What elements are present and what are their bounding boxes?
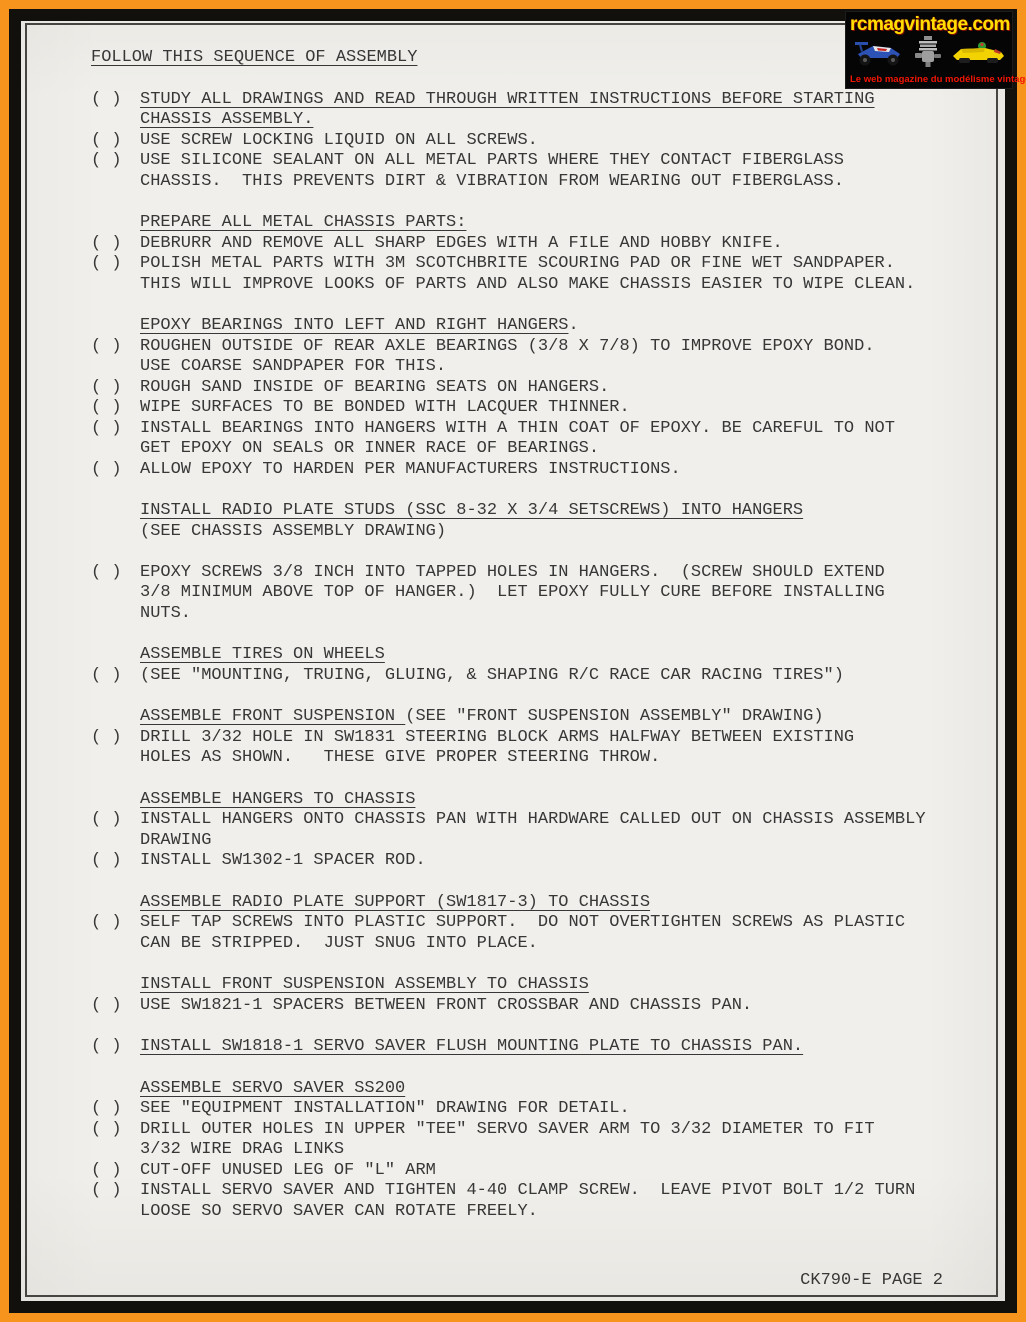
- heading-segment: .: [568, 316, 578, 335]
- item-line: CHASSIS. THIS PREVENTS DIRT & VIBRATION …: [140, 172, 1005, 193]
- scanned-page: FOLLOW THIS SEQUENCE OF ASSEMBLY ( )STUD…: [0, 0, 1026, 1322]
- item-line: CHASSIS ASSEMBLY.: [140, 110, 1005, 131]
- item-line: DRILL 3/32 HOLE IN SW1831 STEERING BLOCK…: [140, 728, 1005, 749]
- heading-segment: PREPARE ALL METAL CHASSIS PARTS:: [140, 213, 466, 232]
- checkbox-marker: ( ): [91, 131, 140, 152]
- heading-segment: INSTALL FRONT SUSPENSION ASSEMBLY TO CHA…: [140, 975, 589, 994]
- checkbox-marker: ( ): [91, 398, 140, 419]
- checklist-item: ( )WIPE SURFACES TO BE BONDED WITH LACQU…: [91, 398, 1005, 419]
- item-line: 3/32 WIRE DRAG LINKS: [140, 1140, 1005, 1161]
- heading-segment: ASSEMBLE HANGERS TO CHASSIS: [140, 790, 415, 809]
- heading-segment: ASSEMBLE SERVO SAVER SS200: [140, 1079, 405, 1098]
- section: ASSEMBLE RADIO PLATE SUPPORT (SW1817-3) …: [91, 893, 1005, 955]
- checklist-item: ( )USE SCREW LOCKING LIQUID ON ALL SCREW…: [91, 131, 1005, 152]
- checklist-item: ( )ROUGH SAND INSIDE OF BEARING SEATS ON…: [91, 378, 1005, 399]
- item-line: NUTS.: [140, 604, 1005, 625]
- checklist-item: ( )INSTALL SW1818-1 SERVO SAVER FLUSH MO…: [91, 1037, 1005, 1058]
- item-line: WIPE SURFACES TO BE BONDED WITH LACQUER …: [140, 398, 1005, 419]
- checklist-item: ( )USE SW1821-1 SPACERS BETWEEN FRONT CR…: [91, 996, 1005, 1017]
- logo-title: rcmagvintage.com: [850, 14, 1008, 35]
- heading-segment: INSTALL RADIO PLATE STUDS (SSC 8-32 X 3/…: [140, 501, 803, 520]
- checklist-item: ( )SELF TAP SCREWS INTO PLASTIC SUPPORT.…: [91, 913, 1005, 954]
- sections: ( )STUDY ALL DRAWINGS AND READ THROUGH W…: [91, 90, 1005, 1223]
- checklist-item: ( )ALLOW EPOXY TO HARDEN PER MANUFACTURE…: [91, 460, 1005, 481]
- item-text: INSTALL SW1818-1 SERVO SAVER FLUSH MOUNT…: [140, 1037, 1005, 1058]
- checklist-item: ( )STUDY ALL DRAWINGS AND READ THROUGH W…: [91, 90, 1005, 131]
- checkbox-marker: ( ): [91, 666, 140, 687]
- blank-line: [91, 542, 1005, 563]
- item-line: THIS WILL IMPROVE LOOKS OF PARTS AND ALS…: [140, 275, 1005, 296]
- heading-segment: ASSEMBLE TIRES ON WHEELS: [140, 645, 385, 664]
- checkbox-marker: ( ): [91, 996, 140, 1017]
- item-line: POLISH METAL PARTS WITH 3M SCOTCHBRITE S…: [140, 254, 1005, 275]
- checklist-item: ( )EPOXY SCREWS 3/8 INCH INTO TAPPED HOL…: [91, 563, 1005, 625]
- item-text: USE SCREW LOCKING LIQUID ON ALL SCREWS.: [140, 131, 1005, 152]
- heading-segment: ASSEMBLE RADIO PLATE SUPPORT (SW1817-3) …: [140, 893, 650, 912]
- checkbox-marker: ( ): [91, 419, 140, 440]
- checklist-item: ( )INSTALL SW1302-1 SPACER ROD.: [91, 851, 1005, 872]
- section-subheading: (SEE CHASSIS ASSEMBLY DRAWING): [91, 522, 1005, 543]
- item-line: (SEE "MOUNTING, TRUING, GLUING, & SHAPIN…: [140, 666, 1005, 687]
- section-heading: ASSEMBLE FRONT SUSPENSION (SEE "FRONT SU…: [91, 707, 1005, 728]
- item-text: ROUGH SAND INSIDE OF BEARING SEATS ON HA…: [140, 378, 1005, 399]
- section: ( )STUDY ALL DRAWINGS AND READ THROUGH W…: [91, 90, 1005, 193]
- heading-segment: (SEE "FRONT SUSPENSION ASSEMBLY" DRAWING…: [405, 707, 823, 726]
- section-heading: ASSEMBLE TIRES ON WHEELS: [91, 645, 1005, 666]
- section-heading: INSTALL FRONT SUSPENSION ASSEMBLY TO CHA…: [91, 975, 1005, 996]
- item-text: INSTALL BEARINGS INTO HANGERS WITH A THI…: [140, 419, 1005, 460]
- item-text: SEE "EQUIPMENT INSTALLATION" DRAWING FOR…: [140, 1099, 1005, 1120]
- item-line: USE SW1821-1 SPACERS BETWEEN FRONT CROSS…: [140, 996, 1005, 1017]
- item-line: INSTALL SW1818-1 SERVO SAVER FLUSH MOUNT…: [140, 1037, 1005, 1058]
- rc-car-icon: [951, 39, 1005, 70]
- checkbox-marker: ( ): [91, 254, 140, 275]
- checkbox-marker: ( ): [91, 563, 140, 584]
- item-line: LOOSE SO SERVO SAVER CAN ROTATE FREELY.: [140, 1202, 1005, 1223]
- item-text: USE SILICONE SEALANT ON ALL METAL PARTS …: [140, 151, 1005, 192]
- item-line: CAN BE STRIPPED. JUST SNUG INTO PLACE.: [140, 934, 1005, 955]
- section: ASSEMBLE HANGERS TO CHASSIS( )INSTALL HA…: [91, 790, 1005, 872]
- section-heading: EPOXY BEARINGS INTO LEFT AND RIGHT HANGE…: [91, 316, 1005, 337]
- item-line: GET EPOXY ON SEALS OR INNER RACE OF BEAR…: [140, 439, 1005, 460]
- item-line: HOLES AS SHOWN. THESE GIVE PROPER STEERI…: [140, 748, 1005, 769]
- item-text: DEBRURR AND REMOVE ALL SHARP EDGES WITH …: [140, 234, 1005, 255]
- heading-segment: EPOXY BEARINGS INTO LEFT AND RIGHT HANGE…: [140, 316, 568, 335]
- checklist-item: ( )DRILL OUTER HOLES IN UPPER "TEE" SERV…: [91, 1120, 1005, 1161]
- checklist-item: ( )DRILL 3/32 HOLE IN SW1831 STEERING BL…: [91, 728, 1005, 769]
- checkbox-marker: ( ): [91, 90, 140, 111]
- checklist-item: ( )INSTALL SERVO SAVER AND TIGHTEN 4-40 …: [91, 1181, 1005, 1222]
- rc-buggy-icon: [853, 38, 905, 71]
- item-text: EPOXY SCREWS 3/8 INCH INTO TAPPED HOLES …: [140, 563, 1005, 625]
- checkbox-marker: ( ): [91, 728, 140, 749]
- item-line: ALLOW EPOXY TO HARDEN PER MANUFACTURERS …: [140, 460, 1005, 481]
- item-text: DRILL OUTER HOLES IN UPPER "TEE" SERVO S…: [140, 1120, 1005, 1161]
- item-line: DRAWING: [140, 831, 1005, 852]
- black-border: FOLLOW THIS SEQUENCE OF ASSEMBLY ( )STUD…: [9, 9, 1017, 1313]
- item-line: 3/8 MINIMUM ABOVE TOP OF HANGER.) LET EP…: [140, 583, 1005, 604]
- checkbox-marker: ( ): [91, 1120, 140, 1141]
- rcmagvintage-logo: rcmagvintage.com: [845, 11, 1013, 89]
- section-heading: ASSEMBLE SERVO SAVER SS200: [91, 1079, 1005, 1100]
- item-text: DRILL 3/32 HOLE IN SW1831 STEERING BLOCK…: [140, 728, 1005, 769]
- checklist-item: ( )ROUGHEN OUTSIDE OF REAR AXLE BEARINGS…: [91, 337, 1005, 378]
- item-line: INSTALL SW1302-1 SPACER ROD.: [140, 851, 1005, 872]
- checklist-item: ( )SEE "EQUIPMENT INSTALLATION" DRAWING …: [91, 1099, 1005, 1120]
- checklist-item: ( )DEBRURR AND REMOVE ALL SHARP EDGES WI…: [91, 234, 1005, 255]
- section: PREPARE ALL METAL CHASSIS PARTS:( )DEBRU…: [91, 213, 1005, 295]
- item-text: (SEE "MOUNTING, TRUING, GLUING, & SHAPIN…: [140, 666, 1005, 687]
- item-line: DRILL OUTER HOLES IN UPPER "TEE" SERVO S…: [140, 1120, 1005, 1141]
- paper-sheet: FOLLOW THIS SEQUENCE OF ASSEMBLY ( )STUD…: [21, 21, 1005, 1301]
- item-line: INSTALL HANGERS ONTO CHASSIS PAN WITH HA…: [140, 810, 1005, 831]
- item-text: STUDY ALL DRAWINGS AND READ THROUGH WRIT…: [140, 90, 1005, 131]
- item-text: INSTALL SW1302-1 SPACER ROD.: [140, 851, 1005, 872]
- checkbox-marker: ( ): [91, 1181, 140, 1202]
- section: ASSEMBLE SERVO SAVER SS200( )SEE "EQUIPM…: [91, 1079, 1005, 1223]
- checkbox-marker: ( ): [91, 378, 140, 399]
- section: ASSEMBLE TIRES ON WHEELS( )(SEE "MOUNTIN…: [91, 645, 1005, 686]
- item-line: SELF TAP SCREWS INTO PLASTIC SUPPORT. DO…: [140, 913, 1005, 934]
- item-line: INSTALL SERVO SAVER AND TIGHTEN 4-40 CLA…: [140, 1181, 1005, 1202]
- checkbox-marker: ( ): [91, 1037, 140, 1058]
- section: INSTALL FRONT SUSPENSION ASSEMBLY TO CHA…: [91, 975, 1005, 1016]
- section: ASSEMBLE FRONT SUSPENSION (SEE "FRONT SU…: [91, 707, 1005, 769]
- document-content: FOLLOW THIS SEQUENCE OF ASSEMBLY ( )STUD…: [21, 21, 1005, 1301]
- checkbox-marker: ( ): [91, 810, 140, 831]
- section-heading: ASSEMBLE RADIO PLATE SUPPORT (SW1817-3) …: [91, 893, 1005, 914]
- item-line: SEE "EQUIPMENT INSTALLATION" DRAWING FOR…: [140, 1099, 1005, 1120]
- checklist-item: ( )CUT-OFF UNUSED LEG OF "L" ARM: [91, 1161, 1005, 1182]
- item-text: SELF TAP SCREWS INTO PLASTIC SUPPORT. DO…: [140, 913, 1005, 954]
- checkbox-marker: ( ): [91, 234, 140, 255]
- page-footer: CK790-E PAGE 2: [91, 1271, 1005, 1292]
- model-engine-icon: [915, 36, 941, 73]
- item-line: CUT-OFF UNUSED LEG OF "L" ARM: [140, 1161, 1005, 1182]
- checkbox-marker: ( ): [91, 151, 140, 172]
- item-line: DEBRURR AND REMOVE ALL SHARP EDGES WITH …: [140, 234, 1005, 255]
- checkbox-marker: ( ): [91, 337, 140, 358]
- checklist-item: ( )USE SILICONE SEALANT ON ALL METAL PAR…: [91, 151, 1005, 192]
- checklist-item: ( )(SEE "MOUNTING, TRUING, GLUING, & SHA…: [91, 666, 1005, 687]
- item-line: INSTALL BEARINGS INTO HANGERS WITH A THI…: [140, 419, 1005, 440]
- item-text: INSTALL SERVO SAVER AND TIGHTEN 4-40 CLA…: [140, 1181, 1005, 1222]
- logo-icons-row: [850, 35, 1008, 74]
- item-text: WIPE SURFACES TO BE BONDED WITH LACQUER …: [140, 398, 1005, 419]
- checklist-item: ( )INSTALL BEARINGS INTO HANGERS WITH A …: [91, 419, 1005, 460]
- checkbox-marker: ( ): [91, 1099, 140, 1120]
- item-text: INSTALL HANGERS ONTO CHASSIS PAN WITH HA…: [140, 810, 1005, 851]
- item-text: CUT-OFF UNUSED LEG OF "L" ARM: [140, 1161, 1005, 1182]
- item-line: EPOXY SCREWS 3/8 INCH INTO TAPPED HOLES …: [140, 563, 1005, 584]
- checkbox-marker: ( ): [91, 851, 140, 872]
- checklist-item: ( )POLISH METAL PARTS WITH 3M SCOTCHBRIT…: [91, 254, 1005, 295]
- checklist-item: ( )INSTALL HANGERS ONTO CHASSIS PAN WITH…: [91, 810, 1005, 851]
- item-line: USE SILICONE SEALANT ON ALL METAL PARTS …: [140, 151, 1005, 172]
- logo-tagline: Le web magazine du modélisme vintage: [850, 74, 1008, 85]
- item-line: ROUGHEN OUTSIDE OF REAR AXLE BEARINGS (3…: [140, 337, 1005, 358]
- item-text: USE SW1821-1 SPACERS BETWEEN FRONT CROSS…: [140, 996, 1005, 1017]
- item-text: ALLOW EPOXY TO HARDEN PER MANUFACTURERS …: [140, 460, 1005, 481]
- section-heading: ASSEMBLE HANGERS TO CHASSIS: [91, 790, 1005, 811]
- checkbox-marker: ( ): [91, 1161, 140, 1182]
- item-text: ROUGHEN OUTSIDE OF REAR AXLE BEARINGS (3…: [140, 337, 1005, 378]
- section: INSTALL RADIO PLATE STUDS (SSC 8-32 X 3/…: [91, 501, 1005, 624]
- item-line: ROUGH SAND INSIDE OF BEARING SEATS ON HA…: [140, 378, 1005, 399]
- item-line: USE SCREW LOCKING LIQUID ON ALL SCREWS.: [140, 131, 1005, 152]
- section-heading: INSTALL RADIO PLATE STUDS (SSC 8-32 X 3/…: [91, 501, 1005, 522]
- section: ( )INSTALL SW1818-1 SERVO SAVER FLUSH MO…: [91, 1037, 1005, 1058]
- item-line: USE COARSE SANDPAPER FOR THIS.: [140, 357, 1005, 378]
- section-heading: PREPARE ALL METAL CHASSIS PARTS:: [91, 213, 1005, 234]
- section: EPOXY BEARINGS INTO LEFT AND RIGHT HANGE…: [91, 316, 1005, 480]
- checkbox-marker: ( ): [91, 913, 140, 934]
- checkbox-marker: ( ): [91, 460, 140, 481]
- item-text: POLISH METAL PARTS WITH 3M SCOTCHBRITE S…: [140, 254, 1005, 295]
- heading-segment: ASSEMBLE FRONT SUSPENSION: [140, 707, 405, 726]
- item-line: STUDY ALL DRAWINGS AND READ THROUGH WRIT…: [140, 90, 1005, 111]
